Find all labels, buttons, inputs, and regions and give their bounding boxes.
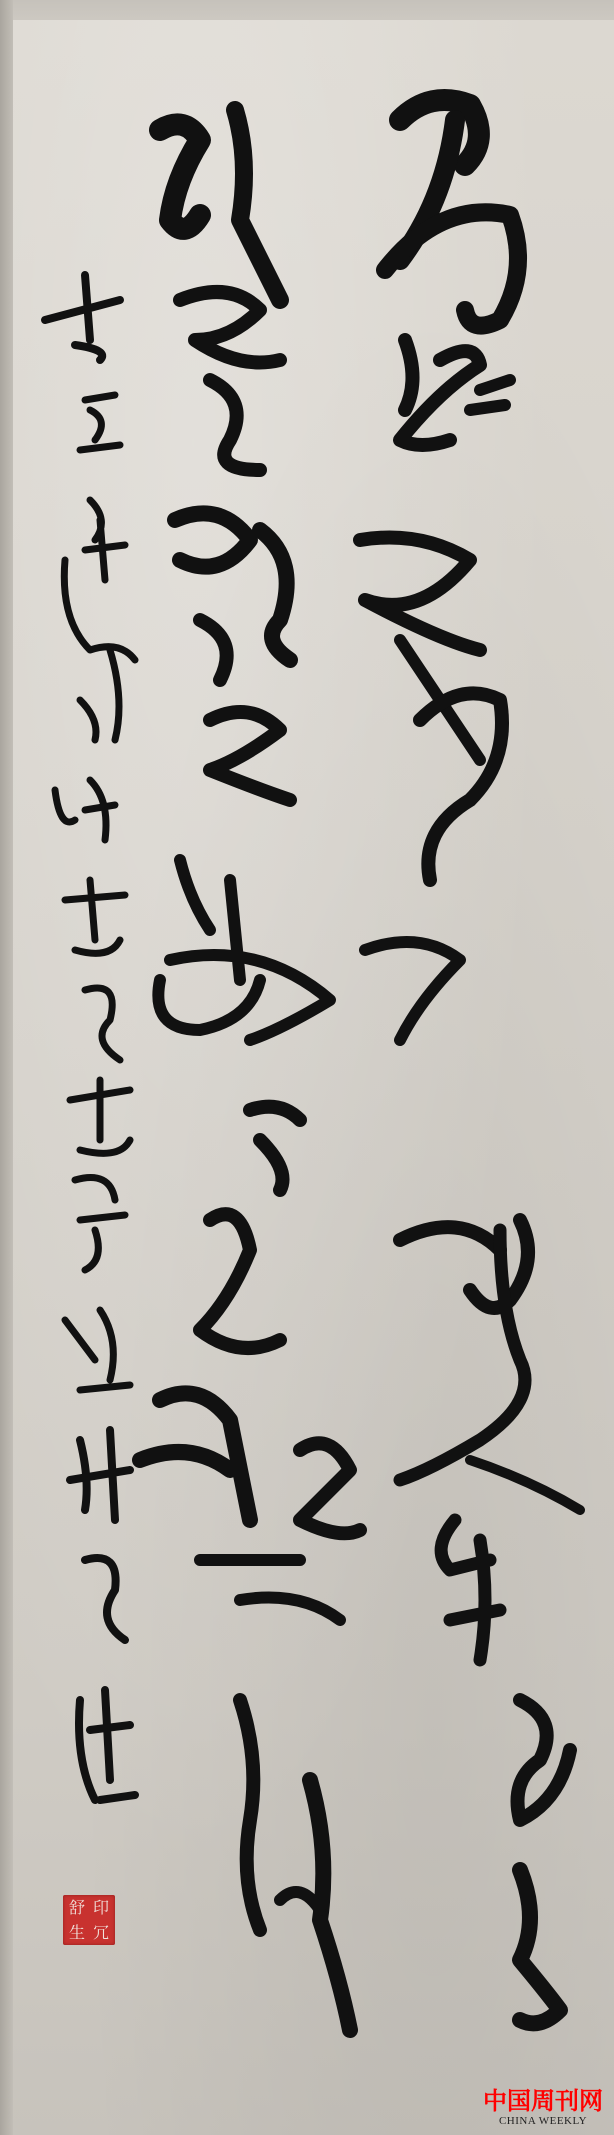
stroke [385, 212, 518, 325]
stroke [180, 292, 280, 363]
stroke [80, 650, 119, 740]
stroke [200, 1560, 340, 1620]
stroke [200, 1214, 280, 1348]
stroke [365, 942, 460, 1040]
stroke [470, 1460, 580, 1510]
stroke [250, 1107, 300, 1190]
stroke [210, 712, 290, 800]
seal-char: 舒 [65, 1898, 89, 1918]
stroke [300, 1443, 360, 1533]
calligraphy-ink-strokes [0, 0, 614, 2135]
stroke [210, 380, 260, 470]
stroke [175, 513, 290, 660]
stroke [518, 1700, 571, 1820]
watermark-chinese: 中国周刊网 [478, 2088, 608, 2114]
stroke [240, 1700, 260, 1930]
seal-char: 印 [89, 1898, 113, 1918]
stroke [65, 880, 125, 953]
stroke [160, 124, 200, 229]
stroke [520, 1870, 560, 2023]
stroke [85, 500, 125, 580]
red-seal-stamp: 舒 印 生 冗 [63, 1895, 115, 1945]
stroke [441, 1520, 500, 1660]
stroke [360, 538, 480, 651]
stroke [85, 988, 120, 1060]
stroke [235, 110, 280, 300]
stroke [75, 1178, 125, 1271]
stroke [170, 860, 330, 1040]
stroke [79, 1690, 135, 1800]
stroke [64, 560, 135, 660]
stroke [80, 395, 120, 450]
watermark-english: CHINA WEEKLY [478, 2114, 608, 2128]
seal-char: 冗 [89, 1923, 113, 1943]
stroke [470, 380, 510, 410]
stroke [45, 275, 120, 360]
stroke [280, 1892, 320, 1910]
stroke [140, 1393, 250, 1520]
stroke [55, 780, 115, 840]
stroke [65, 1310, 130, 1390]
stroke [158, 980, 260, 1030]
stroke [400, 1230, 525, 1480]
stroke [400, 340, 480, 445]
seal-char: 生 [65, 1923, 89, 1943]
stroke [70, 1430, 130, 1520]
stroke [85, 1558, 125, 1640]
stroke [70, 1080, 130, 1153]
stroke [200, 620, 227, 680]
watermark-logo: 中国周刊网 CHINA WEEKLY [478, 2088, 608, 2128]
